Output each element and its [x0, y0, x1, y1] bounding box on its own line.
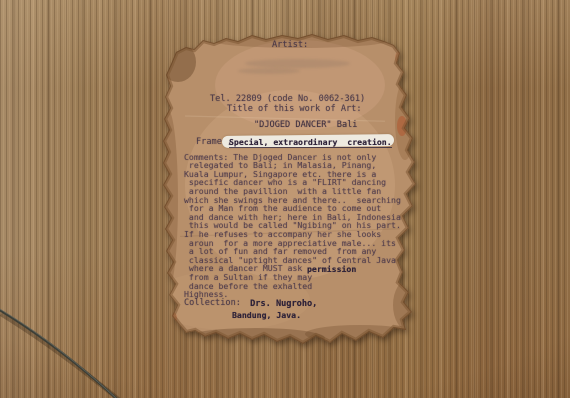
- collection-place: Bandung, Java.: [232, 311, 301, 320]
- frame-value-text: Special, extraordinary creation.: [229, 137, 392, 149]
- frame-label: Frame ,: [196, 138, 232, 147]
- artwork-title: "DJOGED DANCER" Bali: [254, 121, 357, 130]
- collection-name: Drs. Nugroho,: [250, 299, 317, 309]
- photo-artwork-back: Artist: Tel. 22809 (code No. 0062-361) T…: [0, 0, 570, 398]
- frame-value: Special, extraordinary creation.: [229, 138, 392, 147]
- tel-line: Tel. 22809 (code No. 0062-361): [210, 95, 365, 104]
- pencil-smudge: [245, 59, 350, 68]
- pencil-smudge: [238, 68, 300, 74]
- overtyped-word: permission: [307, 265, 356, 274]
- collection-row: Collection: Drs. Nugroho,: [184, 299, 317, 308]
- collection-label: Collection:: [184, 298, 246, 308]
- title-heading: Title of this work of Art:: [227, 105, 362, 114]
- artist-heading: Artist:: [272, 41, 308, 50]
